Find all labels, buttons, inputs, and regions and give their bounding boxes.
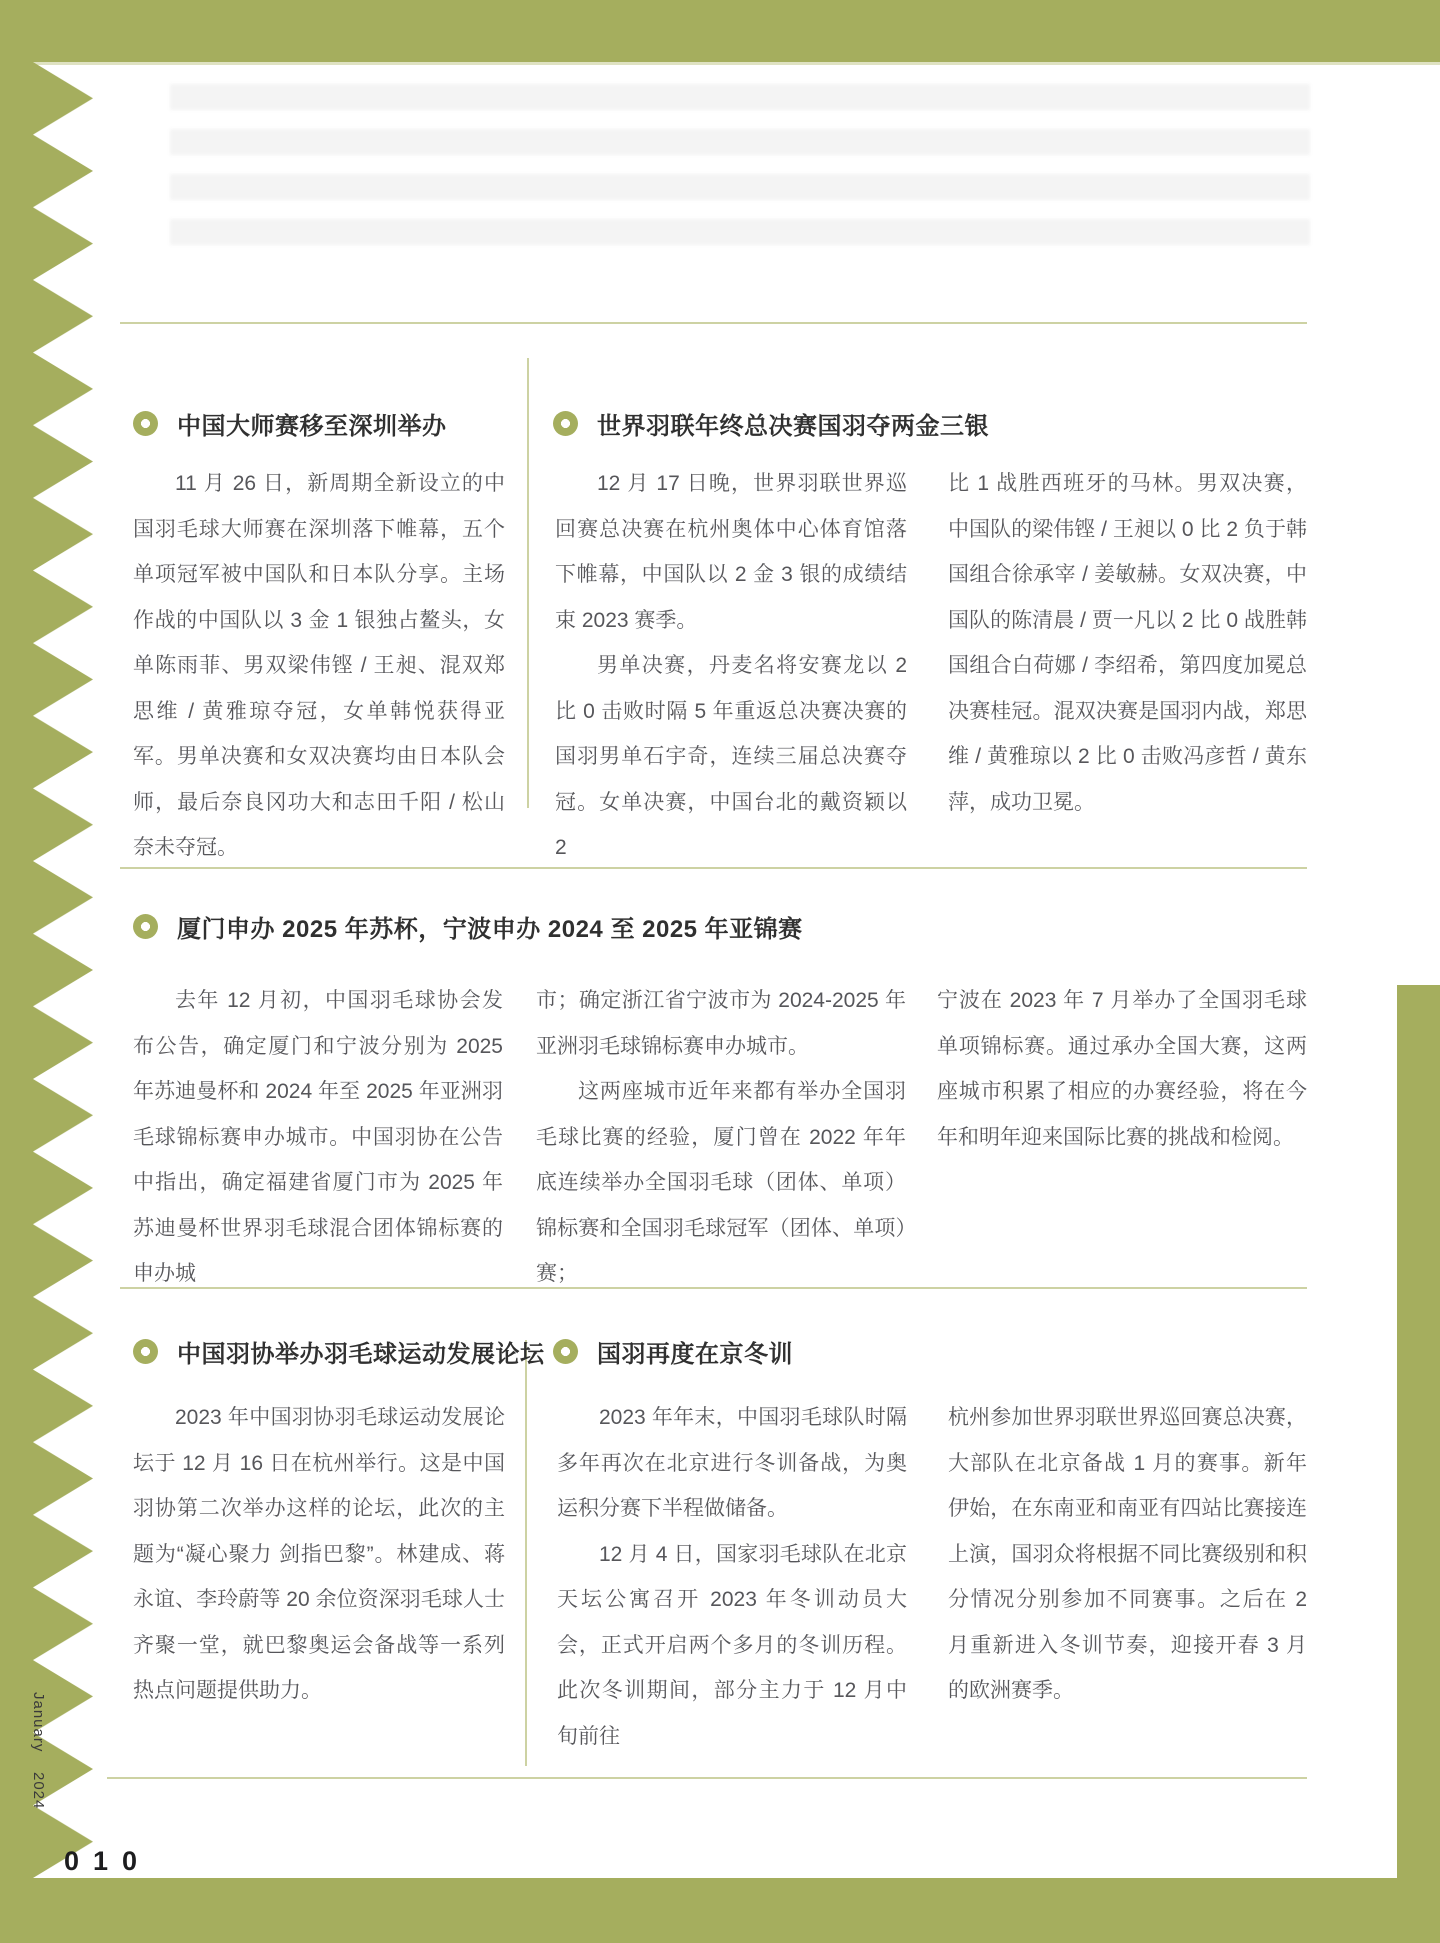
paragraph: 比 1 战胜西班牙的马林。男双决赛，中国队的梁伟铿 / 王昶以 0 比 2 负于…	[948, 461, 1307, 825]
issue-date: January 2024	[30, 1692, 47, 1809]
paragraph: 12 月 17 日晚，世界羽联世界巡回赛总决赛在杭州奥体中心体育馆落下帷幕，中国…	[555, 461, 907, 643]
article-masters-title: 中国大师赛移至深圳举办	[177, 406, 447, 441]
paragraph: 这两座城市近年来都有举办全国羽毛球比赛的经验，厦门曾在 2022 年年底连续举办…	[536, 1069, 906, 1297]
article-finals-title: 世界羽联年终总决赛国羽夺两金三银	[597, 406, 989, 441]
issue-month: January	[30, 1692, 47, 1752]
showthrough-text	[170, 84, 1310, 249]
article-bids-col2: 市；确定浙江省宁波市为 2024-2025 年亚洲羽毛球锦标赛申办城市。 这两座…	[536, 978, 906, 1297]
bullet-icon	[133, 914, 158, 939]
article-bids-header: 厦门申办 2025 年苏杯，宁波申办 2024 至 2025 年亚锦赛	[133, 909, 803, 944]
issue-year: 2024	[30, 1772, 47, 1809]
vertical-divider-bottom	[525, 1340, 527, 1766]
paragraph: 市；确定浙江省宁波市为 2024-2025 年亚洲羽毛球锦标赛申办城市。	[536, 978, 906, 1069]
article-training-col2: 杭州参加世界羽联世界巡回赛总决赛，大部队在北京备战 1 月的赛事。新年伊始，在东…	[948, 1395, 1307, 1714]
article-bids-col3: 宁波在 2023 年 7 月举办了全国羽毛球单项锦标赛。通过承办全国大赛，这两座…	[937, 978, 1307, 1160]
magazine-page: 中国大师赛移至深圳举办 11 月 26 日，新周期全新设立的中国羽毛球大师赛在深…	[0, 0, 1440, 1943]
top-band	[0, 0, 1440, 65]
article-finals-col1: 12 月 17 日晚，世界羽联世界巡回赛总决赛在杭州奥体中心体育馆落下帷幕，中国…	[555, 461, 907, 871]
article-masters-body: 11 月 26 日，新周期全新设立的中国羽毛球大师赛在深圳落下帷幕，五个单项冠军…	[133, 461, 505, 871]
paragraph: 去年 12 月初，中国羽毛球协会发布公告，确定厦门和宁波分别为 2025 年苏迪…	[133, 978, 503, 1297]
article-finals-col2: 比 1 战胜西班牙的马林。男双决赛，中国队的梁伟铿 / 王昶以 0 比 2 负于…	[948, 461, 1307, 825]
paragraph: 男单决赛，丹麦名将安赛龙以 2 比 0 击败时隔 5 年重返总决赛决赛的国羽男单…	[555, 643, 907, 871]
article-bids-title: 厦门申办 2025 年苏杯，宁波申办 2024 至 2025 年亚锦赛	[177, 909, 803, 944]
paragraph: 2023 年年末，中国羽毛球队时隔多年再次在北京进行冬训备战，为奥运积分赛下半程…	[557, 1395, 907, 1532]
paragraph: 11 月 26 日，新周期全新设立的中国羽毛球大师赛在深圳落下帷幕，五个单项冠军…	[133, 461, 505, 871]
bullet-icon	[553, 411, 578, 436]
bullet-icon	[133, 1339, 158, 1364]
article-training-title: 国羽再度在京冬训	[597, 1334, 793, 1369]
paragraph: 12 月 4 日，国家羽毛球队在北京天坛公寓召开 2023 年冬训动员大会，正式…	[557, 1532, 907, 1760]
paragraph: 宁波在 2023 年 7 月举办了全国羽毛球单项锦标赛。通过承办全国大赛，这两座…	[937, 978, 1307, 1160]
article-forum-title: 中国羽协举办羽毛球运动发展论坛	[177, 1334, 545, 1369]
article-bids-col1: 去年 12 月初，中国羽毛球协会发布公告，确定厦门和宁波分别为 2025 年苏迪…	[133, 978, 503, 1297]
bullet-icon	[133, 411, 158, 436]
zigzag-border	[0, 62, 95, 1878]
article-finals-header: 世界羽联年终总决赛国羽夺两金三银	[553, 406, 989, 441]
paragraph: 杭州参加世界羽联世界巡回赛总决赛，大部队在北京备战 1 月的赛事。新年伊始，在东…	[948, 1395, 1307, 1714]
paragraph: 2023 年中国羽协羽毛球运动发展论坛于 12 月 16 日在杭州举行。这是中国…	[133, 1395, 505, 1714]
article-masters-header: 中国大师赛移至深圳举办	[133, 406, 447, 441]
article-training-header: 国羽再度在京冬训	[553, 1334, 793, 1369]
page-number: 010	[64, 1846, 151, 1877]
bottom-band	[0, 1878, 1440, 1943]
rule-top	[120, 322, 1307, 324]
article-training-col1: 2023 年年末，中国羽毛球队时隔多年再次在北京进行冬训备战，为奥运积分赛下半程…	[557, 1395, 907, 1759]
right-edge-band	[1397, 985, 1440, 1943]
vertical-divider-top	[527, 358, 529, 808]
article-forum-header: 中国羽协举办羽毛球运动发展论坛	[133, 1334, 545, 1369]
rule-bottom	[107, 1777, 1307, 1779]
bullet-icon	[553, 1339, 578, 1364]
article-forum-body: 2023 年中国羽协羽毛球运动发展论坛于 12 月 16 日在杭州举行。这是中国…	[133, 1395, 505, 1714]
